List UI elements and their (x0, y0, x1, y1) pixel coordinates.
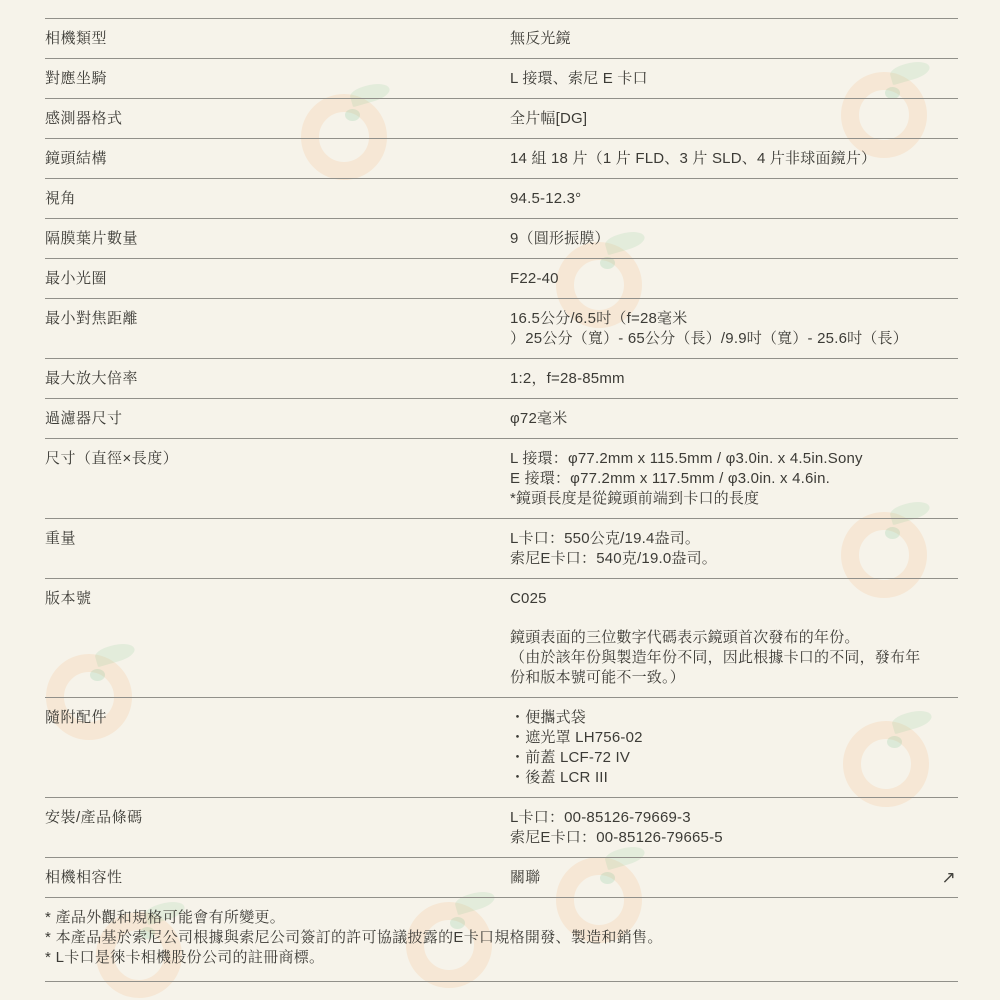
value-line: 索尼E卡口：00-85126-79665-5 (510, 828, 958, 848)
table-row: 感測器格式全片幅[DG] (45, 98, 958, 138)
table-row: 安裝/產品條碼L卡口：00-85126-79669-3索尼E卡口：00-8512… (45, 797, 958, 857)
value-spacer (510, 609, 958, 628)
value-line: 14 組 18 片（1 片 FLD、3 片 SLD、4 片非球面鏡片） (510, 149, 958, 169)
row-label: 相機類型 (45, 29, 510, 49)
lens-spec-sheet: 相機類型無反光鏡對應坐騎L 接環、索尼 E 卡口感測器格式全片幅[DG]鏡頭結構… (45, 18, 958, 982)
row-label: 視角 (45, 189, 510, 209)
row-value: C025鏡頭表面的三位數字代碼表示鏡頭首次發布的年份。（由於該年份與製造年份不同… (510, 589, 958, 688)
external-link-arrow-icon[interactable]: ↗ (942, 868, 958, 888)
table-row: 隔膜葉片數量9（圓形振膜） (45, 218, 958, 258)
table-row: 對應坐騎L 接環、索尼 E 卡口 (45, 58, 958, 98)
value-line: E 接環：φ77.2mm x 117.5mm / φ3.0in. x 4.6in… (510, 469, 958, 489)
row-value: 全片幅[DG] (510, 109, 958, 129)
row-label: 隔膜葉片數量 (45, 229, 510, 249)
table-row: 最小光圈F22-40 (45, 258, 958, 298)
row-label: 重量 (45, 529, 510, 569)
value-line: 94.5-12.3° (510, 189, 958, 209)
value-line: ・後蓋 LCR III (510, 768, 958, 788)
value-line: ・便攜式袋 (510, 708, 958, 728)
table-row: 過濾器尺寸φ72毫米 (45, 398, 958, 438)
table-row: 尺寸（直徑×長度）L 接環：φ77.2mm x 115.5mm / φ3.0in… (45, 438, 958, 518)
row-value: L 接環：φ77.2mm x 115.5mm / φ3.0in. x 4.5in… (510, 449, 958, 509)
table-row: 相機相容性關聯↗ (45, 857, 958, 897)
row-label: 最小對焦距離 (45, 309, 510, 349)
value-line: L 接環、索尼 E 卡口 (510, 69, 958, 89)
value-line: 9（圓形振膜） (510, 229, 958, 249)
row-value: 94.5-12.3° (510, 189, 958, 209)
row-value: 9（圓形振膜） (510, 229, 958, 249)
value-line: *鏡頭長度是從鏡頭前端到卡口的長度 (510, 489, 958, 509)
value-line: 16.5公分/6.5吋（f=28毫米 (510, 309, 958, 329)
row-value: 16.5公分/6.5吋（f=28毫米）25公分（寬）- 65公分（長）/9.9吋… (510, 309, 958, 349)
footnote-line: * 本產品基於索尼公司根據與索尼公司簽訂的許可協議披露的E卡口規格開發、製造和銷… (45, 928, 958, 948)
table-row: 最小對焦距離16.5公分/6.5吋（f=28毫米）25公分（寬）- 65公分（長… (45, 298, 958, 358)
value-line: ）25公分（寬）- 65公分（長）/9.9吋（寬）- 25.6吋（長） (510, 329, 958, 349)
row-value: 無反光鏡 (510, 29, 958, 49)
value-line: 無反光鏡 (510, 29, 958, 49)
table-row: 視角94.5-12.3° (45, 178, 958, 218)
value-line: 1:2，f=28-85mm (510, 369, 958, 389)
row-label: 版本號 (45, 589, 510, 688)
value-line: 鏡頭表面的三位數字代碼表示鏡頭首次發布的年份。 (510, 628, 958, 648)
value-line: F22-40 (510, 269, 958, 289)
row-label: 安裝/產品條碼 (45, 808, 510, 848)
row-value: φ72毫米 (510, 409, 958, 429)
row-value: ・便攜式袋・遮光罩 LH756-02・前蓋 LCF-72 IV・後蓋 LCR I… (510, 708, 958, 788)
value-line: C025 (510, 589, 958, 609)
camera-compatibility-link[interactable]: 關聯 (510, 868, 540, 888)
value-line: L卡口：00-85126-79669-3 (510, 808, 958, 828)
row-value: 14 組 18 片（1 片 FLD、3 片 SLD、4 片非球面鏡片） (510, 149, 958, 169)
row-label: 過濾器尺寸 (45, 409, 510, 429)
row-label: 感測器格式 (45, 109, 510, 129)
value-line: L卡口：550公克/19.4盎司。 (510, 529, 958, 549)
table-row: 版本號C025鏡頭表面的三位數字代碼表示鏡頭首次發布的年份。（由於該年份與製造年… (45, 578, 958, 697)
row-label: 隨附配件 (45, 708, 510, 788)
table-row: 相機類型無反光鏡 (45, 18, 958, 58)
table-row: 隨附配件・便攜式袋・遮光罩 LH756-02・前蓋 LCF-72 IV・後蓋 L… (45, 697, 958, 797)
row-value: F22-40 (510, 269, 958, 289)
row-label: 最小光圈 (45, 269, 510, 289)
row-value: L 接環、索尼 E 卡口 (510, 69, 958, 89)
row-label: 對應坐騎 (45, 69, 510, 89)
table-row: 最大放大倍率1:2，f=28-85mm (45, 358, 958, 398)
value-line: φ72毫米 (510, 409, 958, 429)
row-label: 鏡頭結構 (45, 149, 510, 169)
value-line: 份和版本號可能不一致。） (510, 668, 958, 688)
row-value: L卡口：550公克/19.4盎司。索尼E卡口：540克/19.0盎司。 (510, 529, 958, 569)
footnote-line: * 產品外觀和規格可能會有所變更。 (45, 908, 958, 928)
footnote-line: * L卡口是徠卡相機股份公司的註冊商標。 (45, 948, 958, 968)
spec-table: 相機類型無反光鏡對應坐騎L 接環、索尼 E 卡口感測器格式全片幅[DG]鏡頭結構… (45, 18, 958, 897)
value-line: ・遮光罩 LH756-02 (510, 728, 958, 748)
row-value: 關聯↗ (510, 868, 958, 888)
row-label: 尺寸（直徑×長度） (45, 449, 510, 509)
row-label: 最大放大倍率 (45, 369, 510, 389)
footnotes: * 產品外觀和規格可能會有所變更。* 本產品基於索尼公司根據與索尼公司簽訂的許可… (45, 897, 958, 982)
value-line: （由於該年份與製造年份不同，因此根據卡口的不同，發布年 (510, 648, 958, 668)
value-line: ・前蓋 LCF-72 IV (510, 748, 958, 768)
row-value: 1:2，f=28-85mm (510, 369, 958, 389)
row-value: L卡口：00-85126-79669-3索尼E卡口：00-85126-79665… (510, 808, 958, 848)
table-row: 鏡頭結構14 組 18 片（1 片 FLD、3 片 SLD、4 片非球面鏡片） (45, 138, 958, 178)
value-line: L 接環：φ77.2mm x 115.5mm / φ3.0in. x 4.5in… (510, 449, 958, 469)
compatibility-link-row: 關聯↗ (510, 868, 958, 888)
value-line: 全片幅[DG] (510, 109, 958, 129)
value-line: 索尼E卡口：540克/19.0盎司。 (510, 549, 958, 569)
table-row: 重量L卡口：550公克/19.4盎司。索尼E卡口：540克/19.0盎司。 (45, 518, 958, 578)
row-label: 相機相容性 (45, 868, 510, 888)
